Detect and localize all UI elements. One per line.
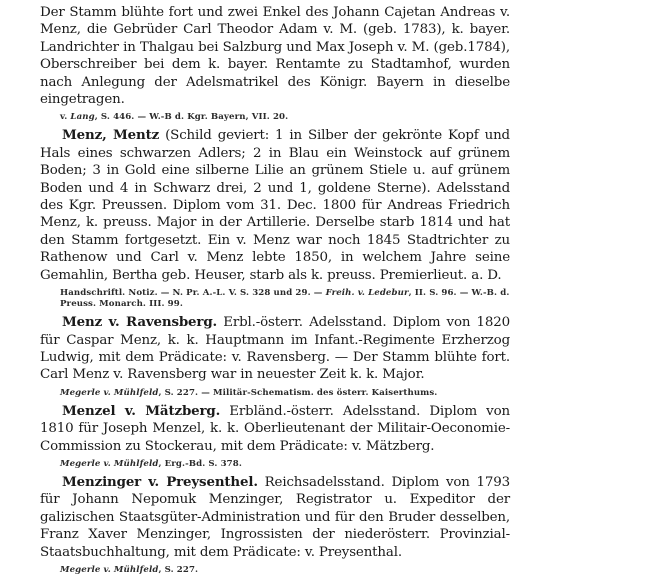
entry-menz-ravensberg: Menz v. Ravensberg. Erbl.-österr. Adelss… bbox=[40, 314, 510, 399]
entry-text: Menzinger v. Preysenthel. Reichsadelssta… bbox=[40, 474, 510, 561]
entry-text: Menz v. Ravensberg. Erbl.-österr. Adelss… bbox=[40, 314, 510, 384]
entry-menz-mentz: Menz, Mentz (Schild geviert: 1 in Silber… bbox=[40, 127, 510, 310]
entry-heading: Menz, Mentz bbox=[62, 127, 159, 143]
entry-text: Menzel v. Mätzberg. Erbländ.-österr. Ade… bbox=[40, 403, 510, 455]
entry-source: Handschriftl. Notiz. — N. Pr. A.-L. V. S… bbox=[40, 288, 510, 310]
entry-heading: Menz v. Ravensberg. bbox=[62, 314, 217, 330]
entry-heading: Menzel v. Mätzberg. bbox=[62, 403, 220, 419]
entry-source: Megerle v. Mühlfeld, Erg.-Bd. S. 378. bbox=[40, 459, 510, 470]
entry-source: Megerle v. Mühlfeld, S. 227. — Militär-S… bbox=[40, 388, 510, 399]
document-page: Der Stamm blühte fort und zwei Enkel des… bbox=[40, 4, 510, 567]
intro-source: v. Lang, S. 446. — W.-B d. Kgr. Bayern, … bbox=[40, 112, 510, 123]
intro-paragraph: Der Stamm blühte fort und zwei Enkel des… bbox=[40, 4, 510, 108]
entry-menzel-maetzberg: Menzel v. Mätzberg. Erbländ.-österr. Ade… bbox=[40, 403, 510, 470]
entry-menzinger-preysenthel: Menzinger v. Preysenthel. Reichsadelssta… bbox=[40, 474, 510, 567]
entry-heading: Menzinger v. Preysenthel. bbox=[62, 474, 258, 490]
entry-text: Menz, Mentz (Schild geviert: 1 in Silber… bbox=[40, 127, 510, 284]
